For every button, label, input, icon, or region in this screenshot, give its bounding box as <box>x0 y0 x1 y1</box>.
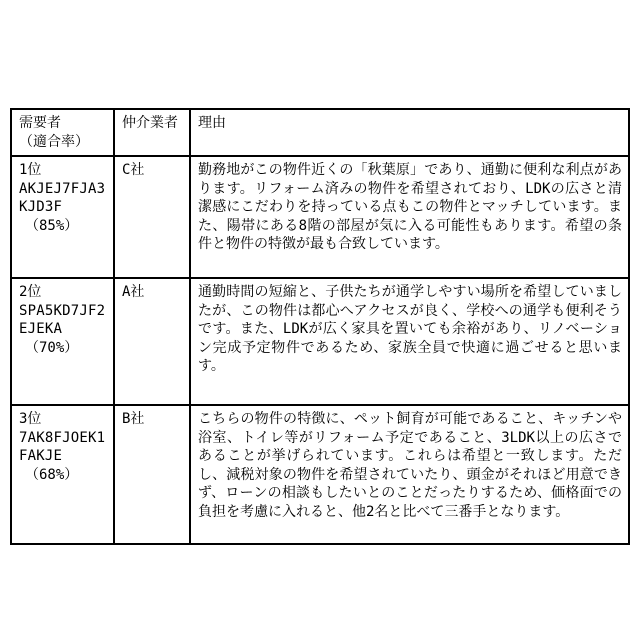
demander-cell: 2位 SPA5KD7JF2EJEKA （70%） <box>11 278 114 405</box>
reason-text: 通勤時間の短縮と、子供たちが通学しやすい場所を希望していましたが、この物件は都心… <box>198 283 622 376</box>
reason-text: こちらの物件の特徴に、ペット飼育が可能であること、キッチンや浴室、トイレ等がリフ… <box>198 410 622 521</box>
table-row-rank3: 3位 7AK8FJOEK1FAKJE （68%） B社 こちらの物件の特徴に、ペ… <box>11 405 629 544</box>
rank-label: 2位 <box>19 283 107 302</box>
header-demander-line1: 需要者 <box>19 114 107 133</box>
broker-name: A社 <box>122 283 183 302</box>
broker-name: B社 <box>122 410 183 429</box>
header-demander: 需要者 （適合率） <box>11 109 114 156</box>
reason-cell: 勤務地がこの物件近くの「秋葉原」であり、通勤に便利な利点があります。リフォーム済… <box>190 156 629 278</box>
demander-id: 7AK8FJOEK1FAKJE <box>19 429 107 466</box>
rank-label: 3位 <box>19 410 107 429</box>
header-reason: 理由 <box>190 109 629 156</box>
reason-cell: 通勤時間の短縮と、子供たちが通学しやすい場所を希望していましたが、この物件は都心… <box>190 278 629 405</box>
table-row-rank2: 2位 SPA5KD7JF2EJEKA （70%） A社 通勤時間の短縮と、子供た… <box>11 278 629 405</box>
broker-name: C社 <box>122 161 183 180</box>
demander-match-table: 需要者 （適合率） 仲介業者 理由 1位 AKJEJ7FJA3KJD3F （85… <box>10 108 630 545</box>
match-rate: （70%） <box>19 339 107 358</box>
table-header-row: 需要者 （適合率） 仲介業者 理由 <box>11 109 629 156</box>
header-demander-line2: （適合率） <box>19 133 107 152</box>
table-row-rank1: 1位 AKJEJ7FJA3KJD3F （85%） C社 勤務地がこの物件近くの「… <box>11 156 629 278</box>
broker-cell: A社 <box>114 278 190 405</box>
demander-cell: 1位 AKJEJ7FJA3KJD3F （85%） <box>11 156 114 278</box>
broker-cell: C社 <box>114 156 190 278</box>
match-rate: （68%） <box>19 466 107 485</box>
demander-cell: 3位 7AK8FJOEK1FAKJE （68%） <box>11 405 114 544</box>
rank-label: 1位 <box>19 161 107 180</box>
reason-text: 勤務地がこの物件近くの「秋葉原」であり、通勤に便利な利点があります。リフォーム済… <box>198 161 622 254</box>
demander-id: AKJEJ7FJA3KJD3F <box>19 180 107 217</box>
broker-cell: B社 <box>114 405 190 544</box>
match-rate: （85%） <box>19 217 107 236</box>
header-broker: 仲介業者 <box>114 109 190 156</box>
reason-cell: こちらの物件の特徴に、ペット飼育が可能であること、キッチンや浴室、トイレ等がリフ… <box>190 405 629 544</box>
demander-id: SPA5KD7JF2EJEKA <box>19 302 107 339</box>
